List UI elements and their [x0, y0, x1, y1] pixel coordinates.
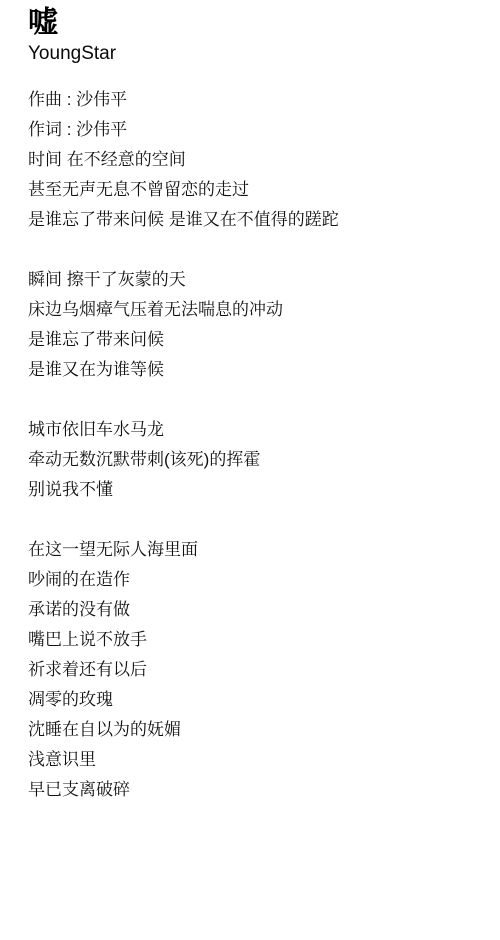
lyric-line: 祈求着还有以后 [28, 655, 480, 685]
song-title: 嘘 [28, 4, 480, 42]
lyric-line: 吵闹的在造作 [28, 565, 480, 595]
stanza-gap [28, 235, 480, 265]
lyric-line: 时间 在不经意的空间 [28, 145, 480, 175]
lyric-line: 牵动无数沉默带刺(该死)的挥霍 [28, 445, 480, 475]
lyric-line: 床边乌烟瘴气压着无法喘息的冲动 [28, 295, 480, 325]
lyrics-page: 嘘 YoungStar 作曲 : 沙伟平作词 : 沙伟平时间 在不经意的空间甚至… [0, 0, 500, 940]
lyric-line: 甚至无声无息不曾留恋的走过 [28, 175, 480, 205]
lyric-line: 嘴巴上说不放手 [28, 625, 480, 655]
lyric-line: 早已支离破碎 [28, 775, 480, 805]
artist-name: YoungStar [28, 42, 480, 66]
stanza-gap [28, 385, 480, 415]
lyrics-body: 作曲 : 沙伟平作词 : 沙伟平时间 在不经意的空间甚至无声无息不曾留恋的走过是… [28, 85, 480, 805]
lyric-line: 是谁又在为谁等候 [28, 355, 480, 385]
lyric-line: 城市依旧车水马龙 [28, 415, 480, 445]
lyric-line: 在这一望无际人海里面 [28, 535, 480, 565]
lyric-line: 是谁忘了带来问候 是谁又在不值得的蹉跎 [28, 205, 480, 235]
lyric-line: 作曲 : 沙伟平 [28, 85, 480, 115]
lyric-line: 瞬间 擦干了灰蒙的天 [28, 265, 480, 295]
lyric-line: 浅意识里 [28, 745, 480, 775]
lyric-line: 承诺的没有做 [28, 595, 480, 625]
lyric-line: 是谁忘了带来问候 [28, 325, 480, 355]
lyric-line: 凋零的玫瑰 [28, 685, 480, 715]
lyric-line: 沈睡在自以为的妩媚 [28, 715, 480, 745]
stanza-gap [28, 505, 480, 535]
lyric-line: 作词 : 沙伟平 [28, 115, 480, 145]
lyric-line: 别说我不懂 [28, 475, 480, 505]
